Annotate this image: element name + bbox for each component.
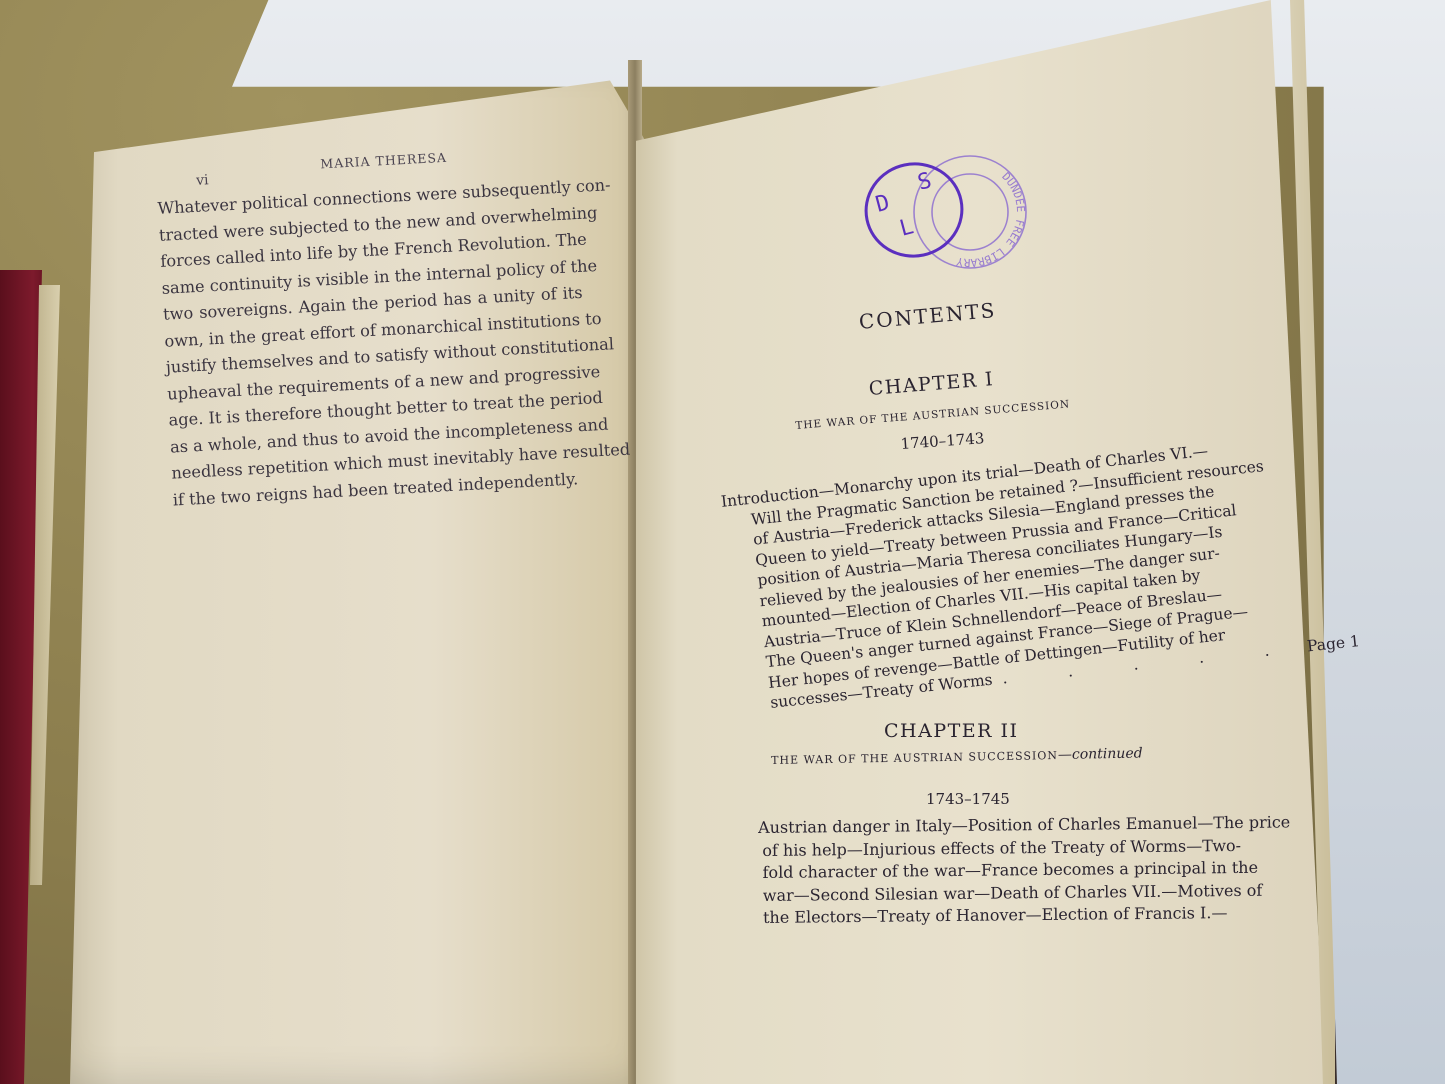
chapter-2-title: CHAPTER II [884, 720, 1019, 742]
library-stamp: DUNDEE FREE LIBRARY D S L [862, 152, 1042, 272]
svg-text:L: L [897, 214, 916, 242]
page-number: vi [195, 167, 209, 194]
svg-text:D: D [873, 190, 892, 218]
svg-text:DUNDEE FREE LIBRARY: DUNDEE FREE LIBRARY [955, 170, 1027, 269]
stamp-icon: DUNDEE FREE LIBRARY D S L [862, 152, 1042, 272]
chapter-2-subtitle-continued: —continued [1058, 746, 1143, 763]
preface-text-block: vi MARIA THERESA Whatever political conn… [155, 138, 593, 513]
chapter-2-dates: 1743–1745 [926, 790, 1010, 808]
stamp-ring-text: DUNDEE FREE LIBRARY [955, 170, 1027, 269]
chapter-2-summary: Austrian danger in Italy—Position of Cha… [758, 812, 1259, 930]
